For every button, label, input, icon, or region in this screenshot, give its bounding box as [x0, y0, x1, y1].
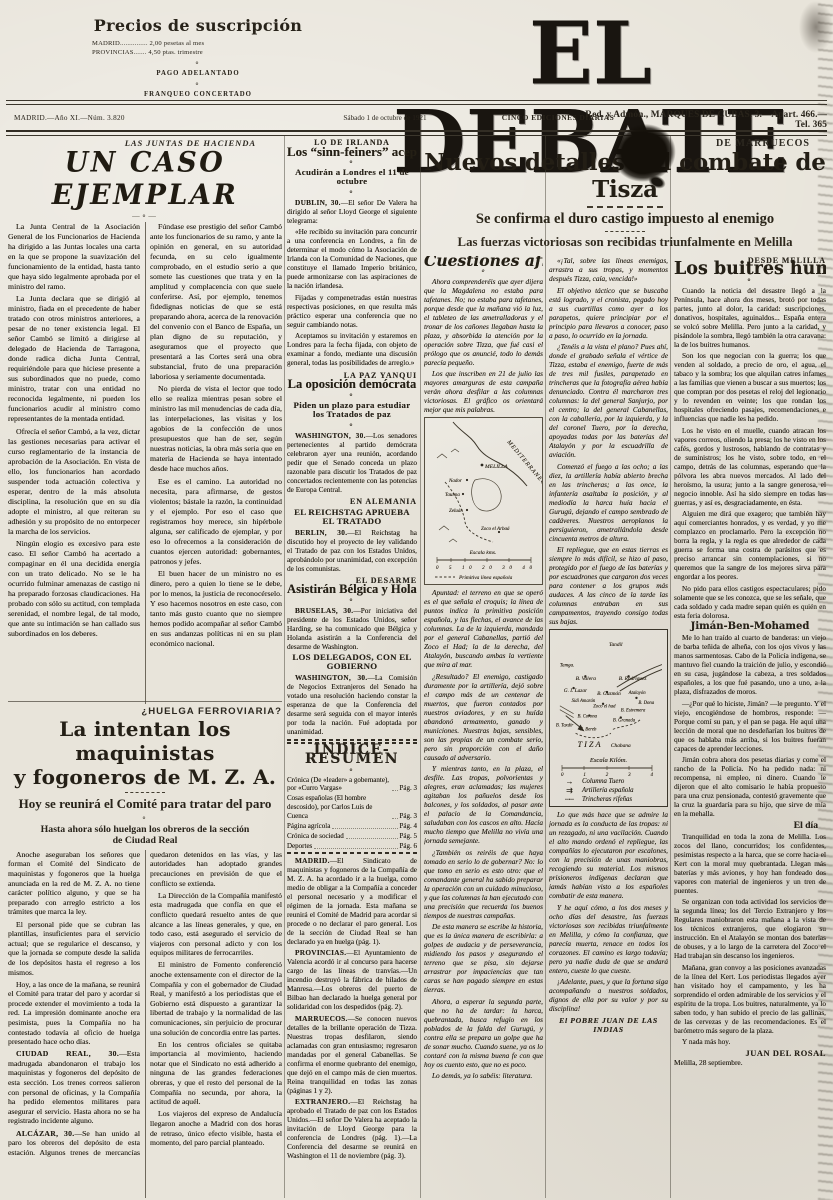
index-item-page: Pág. 5 [400, 832, 418, 841]
paragraph: Los viajeros del expreso de Andalucía ll… [150, 1109, 282, 1147]
summary-text: —El Ayuntamiento de Valencia acordó ir a… [287, 948, 417, 1011]
price-lines: MADRID............... 2,00 pesetas al me… [78, 39, 318, 57]
squiggle-rule [287, 739, 417, 741]
paragraph: Lo demás, ya lo sabéis: literatura. [424, 1071, 543, 1080]
paragraph: Tranquilidad en toda la zona de Melilla.… [674, 832, 826, 895]
article-body: Lo que más hace que se admire la jornada… [549, 810, 668, 1013]
dateline-lead: BERLIN, 30. [295, 528, 347, 537]
town-dot [466, 479, 468, 481]
dateline-lead: DUBLIN, 30. [295, 198, 341, 207]
ornament: ∘ [78, 80, 318, 88]
paragraph-text: Me lo han traído al cuarto de banderas: … [674, 633, 826, 696]
index-item-page: Pág. 4 [400, 822, 418, 831]
index-item-page: Pág. 6 [400, 842, 418, 851]
paragraph-text: Comenzó el fuego a las ocho; a las diez,… [549, 462, 668, 543]
prices-title: Precios de suscripción [78, 16, 318, 35]
index-item: Página agrícola Pág. 4 [287, 822, 417, 831]
map-label: Nador [448, 479, 462, 484]
map-label: Atalayón [628, 691, 647, 696]
column-rule [545, 136, 546, 1198]
map-melilla-region: MEDITERRANEOMELILLANadorTauimaZeluánZoco… [424, 417, 543, 585]
paragraph: El personal pide que se cubran las plant… [8, 920, 140, 978]
index-item: Crónica de sociedad Pág. 5 [287, 832, 417, 841]
map-label: Tauima [445, 493, 460, 498]
ornament: ∘ [78, 59, 318, 67]
paragraph: Cuando la noticia del desastre llegó a l… [674, 286, 826, 349]
paragraph: Se organizan con toda actividad los serv… [674, 897, 826, 960]
pago-adelantado: PAGO ADELANTADO [78, 69, 318, 78]
paragraph-text: El personal pide que se cubran las plant… [8, 920, 140, 977]
summary-lead: MARRUECOS. [295, 1014, 348, 1023]
paragraph-text: Ahora comprenderéis que ayer dijera que … [424, 277, 543, 367]
index-item-label: Cosas españolas (El hombre descosido), p… [287, 794, 390, 820]
map-label: B. Guzmán [597, 691, 621, 697]
paragraph: Mañana, gran convoy a las posiciones ava… [674, 963, 826, 1035]
paragraph: El objetivo táctico que se buscaba está … [549, 286, 668, 340]
paragraph-text: Ese es el camino. La autoridad no necesi… [150, 477, 282, 566]
column-combate-tizza: «¡Tal, sobre las líneas enemigas, arrast… [549, 256, 668, 1197]
legend-label: Columna Tuero [582, 777, 624, 786]
map-label: B. Valera [576, 676, 597, 682]
paragraph: Ese es el camino. La autoridad no necesi… [150, 477, 282, 567]
paragraph: La Junta Central de la Asociación Genera… [8, 222, 140, 292]
map-labels: TandilTamga.B. ValeraG. I. LazarSidi Ama… [556, 642, 655, 749]
paragraph-text: Los que inscriben en 21 de julio las may… [424, 369, 543, 414]
dotted-leader [346, 838, 398, 839]
article-body: Anoche aseguraban los señores que forman… [8, 850, 282, 1198]
legend-label: Artillería española [582, 786, 634, 795]
map-label: TIZA [578, 740, 603, 749]
paragraph-text: El buen hacer de un ministro no es diner… [150, 569, 282, 648]
dash-rule [125, 792, 165, 793]
map-label: Zoco el had [593, 705, 616, 710]
paragraph: Anoche aseguraban los señores que forman… [8, 850, 140, 917]
paragraph: WASHINGTON, 30.—La Comisión de Negocios … [287, 673, 417, 736]
paragraph: Me lo han traído al cuarto de banderas: … [674, 633, 826, 696]
article-subhead: El día [674, 821, 826, 830]
double-rule [6, 130, 827, 136]
paragraph: Ningún elogio es excesivo para este caso… [8, 539, 140, 639]
paragraph-text: Lo demás, ya lo sabéis: literatura. [432, 1071, 532, 1080]
paragraph-text: Ofrecía el señor Cambó, a la vez, dictar… [8, 427, 140, 536]
article-body: Cuando la noticia del desastre llegó a l… [674, 286, 826, 620]
summary-lead: MADRID. [295, 856, 330, 865]
paragraph: Lo que más hace que se admire la jornada… [549, 810, 668, 900]
franqueo-concertado: FRANQUEO CONCERTADO [78, 90, 318, 99]
map-legend: → Columna Tuero ⇉ Artillería española ┈┈… [552, 777, 665, 804]
article-headline-line1: La intentan los maquinistas [8, 717, 282, 765]
paragraph-text: El objetivo táctico que se buscaba está … [549, 286, 668, 340]
paragraph-text: Y nada más hoy. [682, 1037, 730, 1046]
section-headline: Cuestiones africanas [424, 256, 543, 265]
town-dot [462, 493, 464, 495]
article-subhead: EL REICHSTAG APRUEBA EL TRATADO [287, 508, 417, 526]
dotted-leader [392, 818, 398, 819]
article-headline: UN CASO EJEMPLAR [8, 147, 282, 211]
paragraph: El buen hacer de un ministro no es diner… [150, 569, 282, 649]
column-rule [284, 136, 285, 1198]
paragraph-text: Son los que negocian con la guerra; los … [674, 351, 826, 423]
paragraph-text: «He recibido su invitación para concurri… [287, 227, 417, 290]
index-list: Crónica (De «leader» a gobernante), por … [287, 776, 417, 851]
article-body: DUBLIN, 30.—El señor De Valera ha dirigi… [287, 198, 417, 368]
index-item-label: Página agrícola [287, 822, 330, 831]
paragraph-text: —Esta madrugada abandonaron el trabajo l… [8, 1049, 140, 1125]
index-item: Crónica (De «leader» a gobernante), por … [287, 776, 417, 793]
paragraph-text: No pido para ellos castigos espectacular… [674, 584, 826, 620]
paragraph-text: ¿Tenéis a la vista el plano? Pues ahí, d… [549, 342, 668, 459]
index-item: Deportes Pág. 6 [287, 842, 417, 851]
lead-subhead1: Se confirma el duro castigo impuesto al … [424, 211, 826, 228]
dateline-lead: BRUSELAS, 30. [295, 606, 353, 615]
ornament: ∘ [287, 188, 417, 196]
paragraph-text: La Dirección de la Compañía manifestó es… [150, 891, 282, 958]
paragraph: DUBLIN, 30.—El señor De Valera ha dirigi… [287, 198, 417, 225]
paragraph: No pido para ellos castigos espectacular… [674, 584, 826, 620]
paragraph: Ahora comprenderéis que ayer dijera que … [424, 277, 543, 367]
ornament: ∘ [287, 421, 417, 429]
summary-paragraph: PROVINCIAS.—El Ayuntamiento de Valencia … [287, 948, 417, 1011]
dotted-leader [314, 848, 397, 849]
article-huelga-ferroviaria: ¿HUELGA FERROVIARIA? La intentan los maq… [8, 706, 282, 1198]
index-item-page: Pág. 3 [400, 812, 418, 821]
scan-edge-artifact [818, 0, 833, 1200]
dateline-lead: ALCÁZAR, 30. [16, 1129, 74, 1138]
paragraph-text: Lo que más hace que se admire la jornada… [549, 810, 668, 900]
paragraph-text: El repliegue, que en estas tierras es si… [549, 545, 668, 626]
article-subhead: LOS DELEGADOS, CON EL GOBIERNO [287, 653, 417, 671]
dateline-bar: MADRID.—Año XI.—Núm. 3.820 Sábado 1 de o… [0, 108, 833, 130]
index-item: Cosas españolas (El hombre descosido), p… [287, 794, 417, 820]
map-label: MELILLA [484, 464, 508, 470]
dash-rule [587, 206, 663, 208]
paragraph-text: Mañana, gran convoy a las posiciones ava… [674, 963, 826, 1035]
paragraph-text: ¿También os reiréis de que haya tomado e… [424, 848, 543, 920]
ornament: ∘ [287, 158, 417, 166]
article-headline: Los “sinn-feiners” aceptan [287, 147, 417, 156]
index-summaries: MADRID.—El Sindicato de maquinistas y fo… [287, 856, 417, 1161]
squiggle-rule [287, 852, 417, 854]
signature-place: Melilla, 28 septiembre. [674, 1058, 826, 1067]
paragraph: Los que inscriben en 21 de julio las may… [424, 369, 543, 414]
paragraph: Y nada más hoy. [674, 1037, 826, 1046]
article-headline: La oposición demócrata [287, 380, 417, 389]
paragraph: ¿También os reiréis de que haya tomado e… [424, 848, 543, 920]
map-label: Zeluán [449, 509, 463, 514]
paragraph: La Junta declara que se dirigió al minis… [8, 294, 140, 424]
paragraph-text: Ningún elogio es excesivo para este caso… [8, 539, 140, 638]
paragraph: Apuntad: el terreno en que se operó es e… [424, 588, 543, 669]
article-headline: Asistirán Bélgica y Holanda [287, 585, 417, 594]
paragraph: Y mientras tanto, en la plaza, el desfil… [424, 764, 543, 845]
map-label: Sidi Amarán [572, 699, 596, 704]
column-buitres-humanos: DESDE MELILLA Los buitres humanos ∘ Cuan… [674, 256, 826, 1197]
paragraph-text: Tranquilidad en toda la zona de Melilla.… [674, 832, 826, 895]
town-dot [466, 509, 468, 511]
scale-bar-svg: 0 1 2 3 4 [552, 765, 662, 777]
map-label: G. I. Lazar [564, 688, 588, 694]
paragraph: «He recibido su invitación para concurri… [287, 227, 417, 290]
paragraph: El ministro de Fomento conferenció anoch… [150, 960, 282, 1037]
dateline-lead: WASHINGTON, 30. [295, 673, 368, 682]
index-item-label: Deportes [287, 842, 312, 851]
index-item-page: Pág. 3 [400, 784, 418, 793]
paragraph-text: Anoche aseguraban los señores que forman… [8, 850, 140, 917]
paragraph-text: En los centros oficiales se quitaba impo… [150, 1040, 282, 1107]
paragraph: Ahora, a esperar la segunda parte, que n… [424, 997, 543, 1069]
paragraph: No pierda de vista el lector que todo el… [150, 384, 282, 474]
edition-info: MADRID.—Año XI.—Núm. 3.820 [14, 114, 125, 122]
article-subhead: Piden un plazo para estudiar los Tratado… [287, 401, 417, 419]
paragraph: Comenzó el fuego a las ocho; a las diez,… [549, 462, 668, 543]
article-subhead: Acudirán a Londres el 11 de octubre [287, 168, 417, 186]
map-label: B. Taxdir [556, 723, 574, 728]
column-3: LO DE IRLANDA Los “sinn-feiners” aceptan… [287, 138, 417, 1198]
paragraph-text: Fúndase ese prestigio del señor Cambó an… [150, 222, 282, 381]
article-body: Me lo han traído al cuarto de banderas: … [674, 633, 826, 818]
map-label: B. Granada [613, 719, 636, 724]
price-line: PROVINCIAS....... 4,50 ptas. trimestre [78, 48, 318, 57]
date: Sábado 1 de octubre de 1921 [300, 114, 470, 122]
column-rule [420, 136, 421, 1198]
article-body: Tranquilidad en toda la zona de Melilla.… [674, 832, 826, 1047]
paragraph: ¿Resultado? El enemigo, castigado durame… [424, 672, 543, 762]
paragraph-text: El ministro de Fomento conferenció anoch… [150, 960, 282, 1036]
paragraph-text: —La Comisión de Negocios Extranjeros del… [287, 673, 417, 736]
melilla-map-svg: MEDITERRANEOMELILLANadorTauimaZeluánZoco… [425, 418, 542, 584]
article-body: Apuntad: el terreno en que se operó es e… [424, 588, 543, 1080]
article-body: BRUSELAS, 30.—Por iniciativa del preside… [287, 606, 417, 651]
paragraph-text: De esta manera se escribe la historia, q… [424, 922, 543, 994]
map-label: Tandil [609, 642, 623, 648]
newspaper-page: Precios de suscripción MADRID...........… [0, 0, 833, 1200]
map-label: G. Bereb [580, 727, 597, 732]
column-cuestiones-africanas: Cuestiones africanas ∘ Ahora comprenderé… [424, 256, 543, 1197]
paragraph: ¡Adelante, pues, y que la fortuna siga a… [549, 977, 668, 1013]
paragraph: BRUSELAS, 30.—Por iniciativa del preside… [287, 606, 417, 651]
scale-numbers: 0 5 10 20 30 40 [436, 566, 533, 571]
paragraph: Hoy, a las once de la mañana, se reunirá… [8, 980, 140, 1047]
paragraph: «¡Tal, sobre las líneas enemigas, arrast… [549, 256, 668, 283]
article-body: Ahora comprenderéis que ayer dijera que … [424, 277, 543, 415]
paragraph-text: ¡Adelante, pues, y que la fortuna siga a… [549, 977, 668, 1013]
paragraph-text: No pierda de vista el lector que todo el… [150, 384, 282, 473]
paragraph: BERLIN, 30.—El Reichstag ha discutido ho… [287, 528, 417, 573]
map-label: B. Estremera [621, 709, 646, 714]
index-item-label: Crónica (De «leader» a gobernante), por … [287, 776, 390, 793]
paragraph-text: Aceptamos su invitación y estaremos en L… [287, 331, 417, 367]
paragraph: Ofrecía el señor Cambó, a la vez, dictar… [8, 427, 140, 537]
paragraph: La Dirección de la Compañía manifestó es… [150, 891, 282, 958]
paragraph-text: Jimán cobra ahora dos pesetas diarias y … [674, 755, 826, 818]
article-caso-ejemplar: LAS JUNTAS DE HACIENDA UN CASO EJEMPLAR … [8, 138, 282, 704]
article-headline: Los buitres humanos [674, 265, 826, 274]
paragraph-text: «¡Tal, sobre las líneas enemigas, arrast… [549, 256, 668, 283]
summary-paragraph: MADRID.—El Sindicato de maquinistas y fo… [287, 856, 417, 946]
paragraph: El repliegue, que en estas tierras es si… [549, 545, 668, 626]
paragraph: Aceptamos su invitación y estaremos en L… [287, 331, 417, 367]
article-body: WASHINGTON, 30.—La Comisión de Negocios … [287, 673, 417, 736]
index-item-label: Crónica de sociedad [287, 832, 344, 841]
address-phone: Red. y Admón., MARQUES DE CUBAS, 3.—Apar… [572, 110, 827, 130]
article-body: WASHINGTON, 30.—Los senadores pertenecie… [287, 431, 417, 494]
map-label: Zoco el Arbaá [481, 527, 510, 532]
summary-lead: PROVINCIAS. [295, 948, 346, 957]
map-label: Tamga. [560, 664, 574, 669]
article-body: «¡Tal, sobre las líneas enemigas, arrast… [549, 256, 668, 626]
legend-glyph-icon: ┈┈ [560, 795, 578, 804]
legend-glyph-icon: ⇉ [560, 786, 578, 795]
ornament: —∘— [8, 212, 282, 220]
article-kicker: ¿HUELGA FERROVIARIA? [8, 706, 282, 717]
map-label: B. Dona [638, 701, 654, 706]
paragraph-text: —Los senadores pertenecientes al partido… [287, 431, 417, 494]
column-rule [670, 136, 671, 1198]
paragraph-text: Los he visto en el muelle, cuando atraca… [674, 426, 826, 507]
legend-row: ⇉ Artillería española [552, 786, 665, 795]
index-title: INDICE-RESUMEN [287, 746, 417, 764]
dash-rule [605, 231, 645, 232]
paragraph: Jimán cobra ahora dos pesetas diarias y … [674, 755, 826, 818]
paragraph: CIUDAD REAL, 30.—Esta madrugada abandona… [8, 1049, 140, 1126]
map-tizza-combat: TandilTamga.B. ValeraG. I. LazarSidi Ama… [549, 629, 668, 807]
summary-text: —El Sindicato de maquinistas y fogoneros… [287, 856, 417, 946]
paragraph-text: Ahora, a esperar la segunda parte, que n… [424, 997, 543, 1069]
double-rule [6, 100, 827, 105]
paragraph: Fúndase ese prestigio del señor Cambó an… [150, 222, 282, 382]
legend-label: Trincheras rifeñas [582, 795, 632, 804]
paragraph-text: Hoy, a las once de la mañana, se reunirá… [8, 980, 140, 1047]
dateline-lead: CIUDAD REAL, 30. [16, 1049, 119, 1058]
map-label: Chabana [611, 743, 631, 749]
summary-paragraph: MARRUECOS.—Se conocen nuevos detalles de… [287, 1014, 417, 1095]
section-rule [8, 701, 282, 702]
legend-label: Primitiva línea española [458, 575, 513, 581]
map-label: B. Corona [578, 715, 598, 720]
article-signature: El POBRE JUAN DE LAS INDIAS [549, 1016, 668, 1034]
article-subhead2: Hasta ahora sólo huelgan los obreros de … [40, 824, 250, 846]
scan-corner-smudge [793, 0, 833, 62]
article-subhead: Hoy se reunirá el Comité para tratar del… [8, 796, 282, 812]
paragraph-text: Fijadas y compenetradas están nuestras r… [287, 293, 417, 329]
paragraph: WASHINGTON, 30.—Los senadores pertenecie… [287, 431, 417, 494]
ornament: ∘ [287, 596, 417, 604]
legend-row: ┈┈ Trincheras rifeñas [552, 795, 665, 804]
ornament: ∘ [287, 766, 417, 774]
lead-subhead2: Las fuerzas victoriosas son recibidas tr… [424, 235, 826, 250]
ornament: ∘ [8, 814, 282, 822]
paragraph-text: Cuando la noticia del desastre llegó a l… [674, 286, 826, 349]
summary-text: —Se conocen nuevos detalles de la brilla… [287, 1014, 417, 1095]
paragraph-text: Apuntad: el terreno en que se operó es e… [424, 588, 543, 669]
paragraph-text: La Junta Central de la Asociación Genera… [8, 222, 140, 291]
paragraph-text: Y he aquí cómo, a los dos meses y ocho d… [549, 903, 668, 975]
map-labels: MEDITERRANEOMELILLANadorTauimaZeluánZoco… [445, 439, 542, 532]
dotted-leader [332, 828, 397, 829]
position-dot [635, 697, 637, 699]
paragraph: Alguien me dirá que exagero; que también… [674, 509, 826, 581]
town-dot [481, 464, 484, 467]
paragraph: Y he aquí cómo, a los dos meses y ocho d… [549, 903, 668, 975]
map-label: B. Rodríguez [619, 676, 647, 682]
summary-text: —El Reichstag ha aprobado el Tratado de … [287, 1097, 417, 1160]
ornament: ∘ [287, 391, 417, 399]
paragraph-text: Se organizan con toda actividad los serv… [674, 897, 826, 960]
paragraph-text: Y mientras tanto, en la plaza, el desfil… [424, 764, 543, 845]
dateline-lead: WASHINGTON, 30. [295, 431, 366, 440]
paragraph: Los he visto en el muelle, cuando atraca… [674, 426, 826, 507]
summary-lead: EXTRANJERO. [295, 1097, 350, 1106]
paragraph-text: ¿Resultado? El enemigo, castigado durame… [424, 672, 543, 762]
scale-title: Escala kms. [469, 550, 497, 556]
article-signature: JUAN DEL ROSAL [674, 1049, 826, 1058]
dotted-leader [392, 790, 398, 791]
article-headline-line2: y fogoneros de M. Z. A. [8, 765, 282, 789]
paragraph: Son los que negocian con la guerra; los … [674, 351, 826, 423]
article-subhead: Jimán-Ben-Mohamed [674, 622, 826, 631]
paragraph-text: Alguien me dirá que exagero; que también… [674, 509, 826, 581]
paragraph: Fijadas y compenetradas están nuestras r… [287, 293, 417, 329]
paragraph-text: La Junta declara que se dirigió al minis… [8, 294, 140, 423]
subscription-prices-box: Precios de suscripción MADRID...........… [78, 16, 318, 99]
tizza-map-svg: TandilTamga.B. ValeraG. I. LazarSidi Ama… [552, 632, 662, 756]
paragraph: En los centros oficiales se quitaba impo… [150, 1040, 282, 1107]
article-kicker: EN ALEMANIA [287, 497, 417, 506]
price-line: MADRID............... 2,00 pesetas al me… [78, 39, 318, 48]
legend-row: → Columna Tuero [552, 777, 665, 786]
paragraph: ¿Tenéis a la vista el plano? Pues ahí, d… [549, 342, 668, 459]
map-label: MEDITERRANEO [505, 439, 542, 487]
scale-title: Escala Kilóm. [552, 756, 665, 765]
article-body: BERLIN, 30.—El Reichstag ha discutido ho… [287, 528, 417, 573]
paragraph: De esta manera se escribe la historia, q… [424, 922, 543, 994]
paragraph: —¿Por qué lo hiciste, Jimán? —le pregunt… [674, 699, 826, 753]
mar-chica-lagoon [472, 479, 502, 511]
legend-glyph-icon: → [560, 777, 578, 786]
paragraph-text: —¿Por qué lo hiciste, Jimán? —le pregunt… [674, 699, 826, 753]
summary-paragraph: EXTRANJERO.—El Reichstag ha aprobado el … [287, 1097, 417, 1160]
article-body: La Junta Central de la Asociación Genera… [8, 222, 282, 704]
paragraph-text: Los viajeros del expreso de Andalucía ll… [150, 1109, 282, 1147]
